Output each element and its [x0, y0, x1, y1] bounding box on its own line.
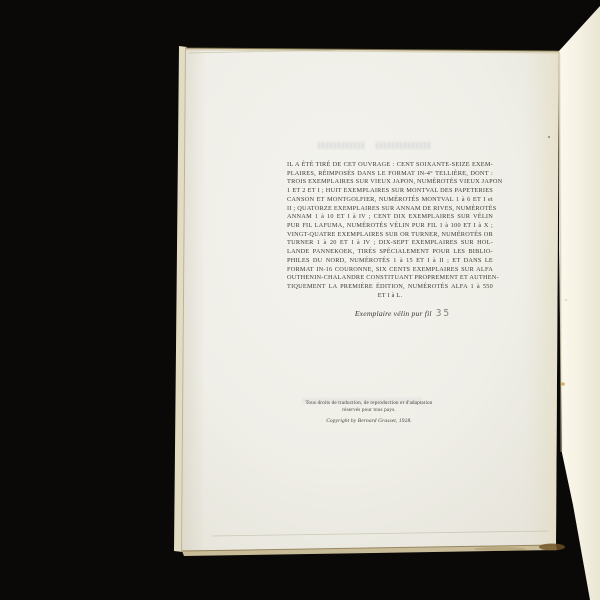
book-photograph: IL A ÉTÉ TIRÉ DE CET OUVRAGE : CENT SOIX… — [0, 0, 600, 600]
paper-speck — [565, 299, 567, 301]
page-right-shading — [524, 50, 559, 546]
page-left-shading — [182, 48, 206, 551]
copyright-line: Copyright by Bernard Grasset, 1928. — [258, 418, 480, 425]
justification-line: PHILES DU NORD, NUMÉROTÉS 1 à 15 ET I à … — [287, 257, 493, 266]
justification-line: TURNER 1 à 20 ET I à IV ; DIX-SEPT EXEMP… — [287, 239, 493, 248]
justification-line: II ; QUATORZE EXEMPLAIRES SUR ANNAM DE R… — [287, 205, 493, 214]
justification-text-block: IL A ÉTÉ TIRÉ DE CET OUVRAGE : CENT SOIX… — [287, 161, 493, 301]
bottom-edge-stain — [539, 544, 565, 551]
rights-block: Tous droits de traduction, de reproducti… — [258, 400, 480, 425]
justification-line: LANDE PANNEKOEK, TIRÉS SPÉCIALEMENT POUR… — [287, 248, 493, 257]
justification-line: FORMAT IN-16 COURONNE, SIX CENTS EXEMPLA… — [287, 266, 493, 275]
exemplaire-label: Exemplaire vélin pur fil — [355, 309, 432, 318]
exemplaire-line: Exemplaire vélin pur fil35 — [300, 308, 506, 319]
bottom-edge-smudge — [474, 547, 526, 551]
justification-line: TROIS EXEMPLAIRES SUR VIEUX JAPON, NUMÉR… — [287, 178, 493, 187]
justification-line: ET I à L. — [287, 292, 493, 301]
showthrough-word — [318, 142, 366, 149]
justification-line: IL A ÉTÉ TIRÉ DE CET OUVRAGE : CENT SOIX… — [287, 161, 493, 170]
justification-line: CANSON ET MONTGOLFIER, NUMÉROTÉS MONTVAL… — [287, 196, 493, 205]
rights-line-2: réservés pour tous pays. — [258, 407, 480, 414]
foxing-spot — [561, 382, 565, 386]
justification-line: VINGT-QUATRE EXEMPLAIRES SUR OR TURNER, … — [287, 231, 493, 240]
justification-line: TIQUEMENT LA PREMIÈRE ÉDITION, NUMÉROTÉS… — [287, 283, 493, 292]
justification-line: PUR FIL LAFUMA, NUMÉROTÉS VÉLIN PUR FIL … — [287, 222, 493, 231]
paper-speck — [548, 136, 550, 138]
showthrough-title-ghost — [318, 136, 442, 154]
justification-line: ANNAM 1 à 10 ET I à IV ; CENT DIX EXEMPL… — [287, 213, 493, 222]
book-fore-edge-leaf — [559, 6, 600, 600]
rights-line-1: Tous droits de traduction, de reproducti… — [258, 400, 480, 407]
copy-number-stamp: 35 — [436, 308, 451, 319]
showthrough-word — [376, 142, 432, 149]
justification-line: 1 ET 2 ET I ; HUIT EXEMPLAIRES SUR MONTV… — [287, 187, 493, 196]
justification-line: OUTHENIN-CHALANDRE CONSTITUANT PROPREMEN… — [287, 274, 493, 283]
